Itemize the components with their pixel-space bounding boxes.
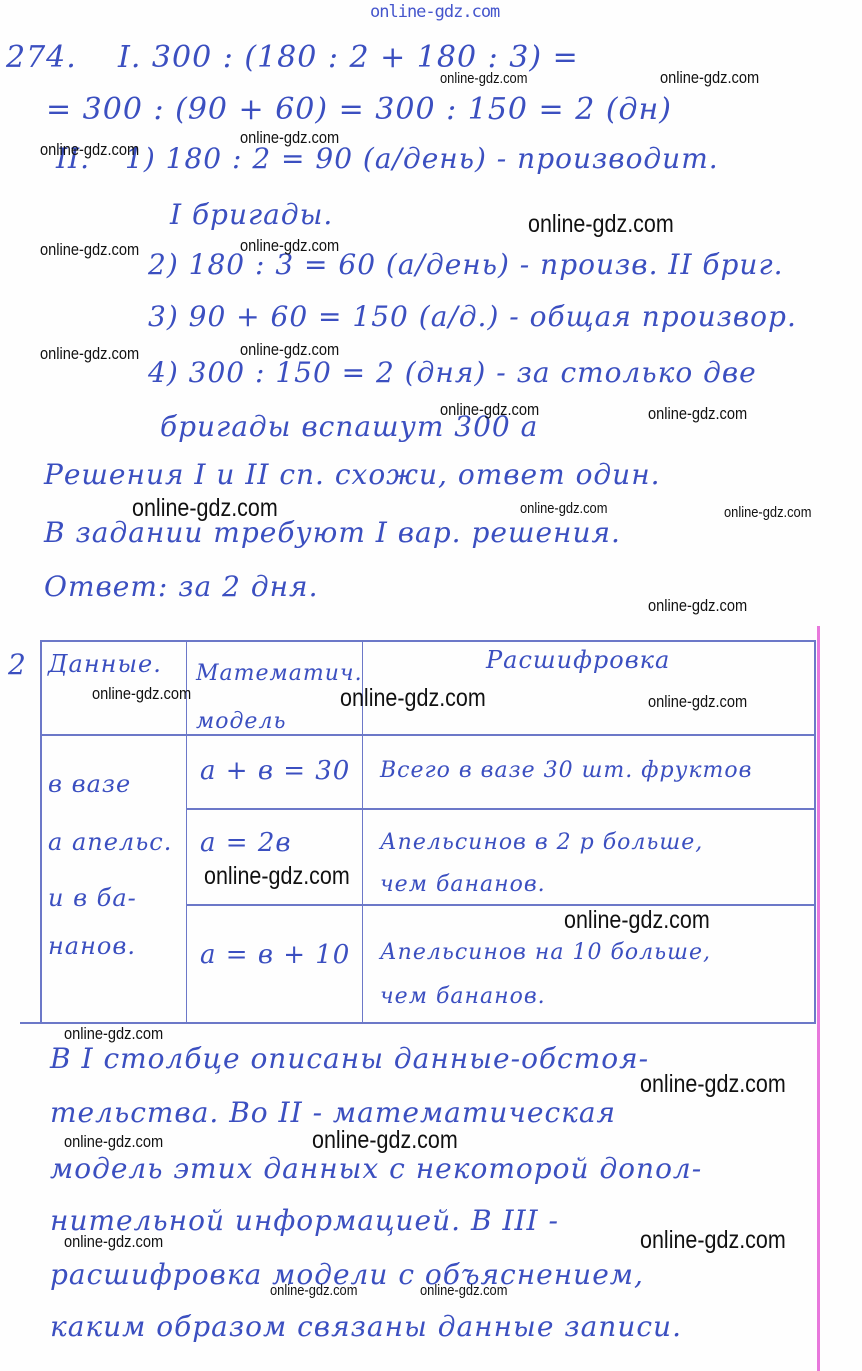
watermark: online-gdz.com (528, 210, 674, 239)
model-row-1: a + в = 30 (200, 756, 350, 786)
conclusion-line-1: Решения I и II сп. схожи, ответ один. (44, 458, 661, 491)
decoding-row-1: Всего в вазе 30 шт. фруктов (380, 758, 752, 783)
watermark: online-gdz.com (240, 340, 339, 360)
solution-2-step-1: 1) 180 : 2 = 90 (а/день) - производит. (125, 142, 719, 175)
watermark: online-gdz.com (64, 1024, 163, 1044)
explanation-line-6: каким образом связаны данные записи. (50, 1310, 682, 1343)
watermark: online-gdz.com (40, 240, 139, 260)
explanation-line-2: тельства. Во II - математическая (50, 1096, 616, 1129)
watermark: online-gdz.com (240, 128, 339, 148)
watermark: online-gdz.com (724, 504, 811, 521)
homework-page: online-gdz.com 274. I. 300 : (180 : 2 + … (0, 0, 862, 1371)
header-data: Данные. (48, 650, 162, 678)
watermark: online-gdz.com (660, 68, 759, 88)
watermark: online-gdz.com (640, 1226, 786, 1255)
table-row-divider-1 (186, 808, 816, 810)
watermark: online-gdz.com (440, 400, 539, 420)
solution-2-step-4: 4) 300 : 150 = 2 (дня) - за столько две (148, 356, 757, 389)
watermark: online-gdz.com (564, 906, 710, 935)
data-cell-line: нанов. (48, 932, 136, 960)
watermark-top: online-gdz.com (370, 2, 499, 22)
table-border-right (814, 640, 816, 1024)
watermark: online-gdz.com (520, 500, 607, 517)
decoding-row-2-line-1: Апельсинов в 2 р больше, (380, 830, 703, 855)
table-border-top (40, 640, 816, 642)
table-border-left (40, 640, 42, 1024)
decoding-row-2-line-2: чем бананов. (380, 872, 546, 897)
table-row-divider-2 (186, 904, 816, 906)
data-cell-line: и в ба- (48, 884, 137, 912)
solution-2-step-1-cont: I бригады. (170, 198, 333, 231)
solution-2-step-3: 3) 90 + 60 = 150 (а/д.) - общая произвор… (148, 300, 797, 333)
model-row-2: a = 2в (200, 828, 292, 858)
watermark: online-gdz.com (40, 140, 139, 160)
watermark: online-gdz.com (648, 692, 747, 712)
conclusion-answer: Ответ: за 2 дня. (44, 570, 318, 603)
explanation-line-3: модель этих данных с некоторой допол- (50, 1152, 702, 1185)
decoding-row-3-line-2: чем бананов. (380, 984, 546, 1009)
conclusion-line-2: В задании требуют I вар. решения. (44, 516, 621, 549)
table-header-divider (40, 734, 816, 736)
table-number: 2 (8, 648, 27, 681)
data-cell-line: а апельс. (48, 828, 172, 856)
watermark: online-gdz.com (240, 236, 339, 256)
model-row-3: a = в + 10 (200, 940, 350, 970)
header-model: Математич. модель (196, 650, 356, 746)
watermark: online-gdz.com (132, 494, 278, 523)
solution-1-line-2: = 300 : (90 + 60) = 300 : 150 = 2 (дн) (46, 92, 672, 127)
watermark: online-gdz.com (648, 596, 747, 616)
watermark: online-gdz.com (648, 404, 747, 424)
watermark: online-gdz.com (640, 1070, 786, 1099)
watermark: online-gdz.com (312, 1126, 458, 1155)
watermark: online-gdz.com (440, 70, 527, 87)
watermark: online-gdz.com (40, 344, 139, 364)
decoding-row-3-line-1: Апельсинов на 10 больше, (380, 940, 711, 965)
problem-number: 274. (6, 40, 77, 75)
watermark: online-gdz.com (204, 862, 350, 891)
watermark: online-gdz.com (270, 1282, 357, 1299)
watermark: online-gdz.com (64, 1232, 163, 1252)
watermark: online-gdz.com (92, 684, 191, 704)
notebook-margin-line (817, 626, 820, 1371)
explanation-line-1: В I столбце описаны данные-обстоя- (50, 1042, 649, 1075)
data-cell-line: в вазе (48, 770, 131, 798)
watermark: online-gdz.com (340, 684, 486, 713)
watermark: online-gdz.com (64, 1132, 163, 1152)
header-decoding: Расшифровка (486, 646, 670, 674)
watermark: online-gdz.com (420, 1282, 507, 1299)
